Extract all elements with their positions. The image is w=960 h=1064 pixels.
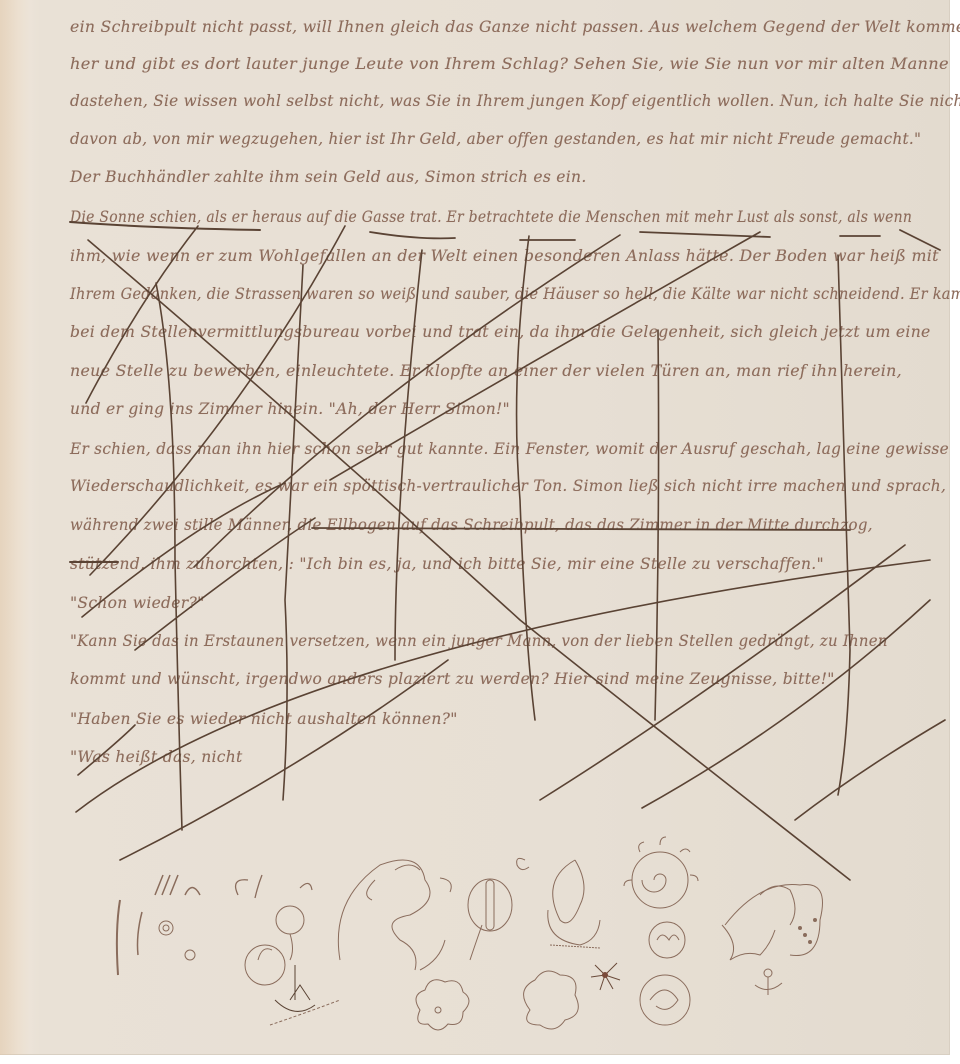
- text-line: ein Schreibpult nicht passt, will Ihnen …: [70, 18, 960, 36]
- text-line: ihm, wie wenn er zum Wohlgefallen an der…: [70, 247, 939, 265]
- text-line: davon ab, von mir wegzugehen, hier ist I…: [70, 130, 921, 148]
- text-line: "Schon wieder?": [70, 594, 205, 612]
- text-line: her und gibt es dort lauter junge Leute …: [70, 55, 949, 73]
- text-line: bei dem Stellenvermittlungsbureau vorbei…: [70, 323, 931, 341]
- text-line: Er schien, dass man ihn hier schon sehr …: [70, 440, 949, 458]
- text-line: Der Buchhändler zahlte ihm sein Geld aus…: [70, 168, 587, 186]
- text-line: und er ging ins Zimmer hinein. "Ah, der …: [70, 400, 510, 418]
- manuscript-page: ein Schreibpult nicht passt, will Ihnen …: [0, 0, 950, 1055]
- text-line: während zwei stille Männer, die Ellbogen…: [70, 516, 873, 534]
- text-line: Ihrem Gedanken, die Strassen waren so we…: [70, 285, 960, 303]
- text-line: stützend, ihm zuhorchten, : "Ich bin es,…: [70, 555, 824, 573]
- text-line-struck: Die Sonne schien, als er heraus auf die …: [70, 208, 912, 226]
- text-line: "Was heißt das, nicht: [70, 748, 243, 766]
- scribble-marks: [117, 875, 312, 975]
- text-line: "Haben Sie es wieder nicht aushalten kön…: [70, 710, 458, 728]
- text-line: Wiederschaudlichkeit, es war ein spöttis…: [70, 477, 946, 495]
- text-line: "Kann Sie das in Erstaunen versetzen, we…: [70, 632, 888, 650]
- text-line: kommt und wünscht, irgendwo anders plazi…: [70, 670, 835, 688]
- text-line: dastehen, Sie wissen wohl selbst nicht, …: [70, 92, 960, 110]
- text-line: neue Stelle zu bewerben, einleuchtete. E…: [70, 362, 902, 380]
